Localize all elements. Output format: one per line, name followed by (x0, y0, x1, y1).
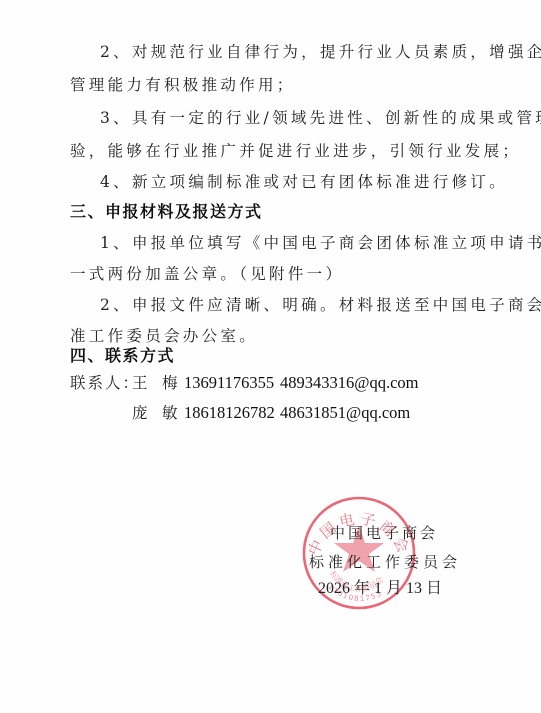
contact-phone: 18618126782 (184, 402, 275, 424)
document-page: 2、对规范行业自律行为，提升行业人员素质，增强企业 管理能力有积极推动作用； 3… (0, 0, 541, 713)
signature-org-line1: 中国电子商会 (330, 522, 438, 544)
contact-label: 联系人： (70, 372, 140, 394)
contact-surname: 庞 (132, 402, 150, 424)
paragraph-item-3-line1: 3、具有一定的行业/领域先进性、创新性的成果或管理经 (100, 107, 510, 129)
signature-org-line2: 标准化工作委员会 (309, 551, 461, 573)
section-heading-contact: 四、联系方式 (70, 345, 480, 367)
contact-surname: 王 (132, 372, 150, 394)
contact-phone: 13691176355 (184, 372, 274, 394)
paragraph-item-4: 4、新立项编制标准或对已有团体标准进行修订。 (100, 171, 510, 193)
contact-row: 联系人： 王 梅 13691176355 489343316@qq.com (70, 372, 490, 394)
materials-item-1-line1: 1、申报单位填写《中国电子商会团体标准立项申请书》 (100, 232, 510, 254)
contact-email: 48631851@qq.com (280, 402, 410, 424)
signature-date: 2026 年 1 月 13 日 (318, 578, 442, 600)
contact-given-name: 梅 (162, 372, 180, 394)
paragraph-item-2-line1: 2、对规范行业自律行为，提升行业人员素质，增强企业 (100, 41, 510, 63)
section-heading-materials: 三、申报材料及报送方式 (70, 201, 480, 223)
materials-item-1-line2: 一式两份加盖公章。（见附件一） (70, 263, 480, 285)
paragraph-item-2-line2: 管理能力有积极推动作用； (70, 74, 480, 96)
contact-email: 489343316@qq.com (280, 372, 418, 394)
paragraph-item-3-line2: 验，能够在行业推广并促进行业进步，引领行业发展； (70, 140, 480, 162)
contact-given-name: 敏 (162, 402, 180, 424)
contact-row: 庞 敏 18618126782 48631851@qq.com (70, 402, 490, 424)
materials-item-2-line2: 准工作委员会办公室。 (70, 325, 480, 347)
materials-item-2-line1: 2、申报文件应清晰、明确。材料报送至中国电子商会标 (100, 294, 510, 316)
